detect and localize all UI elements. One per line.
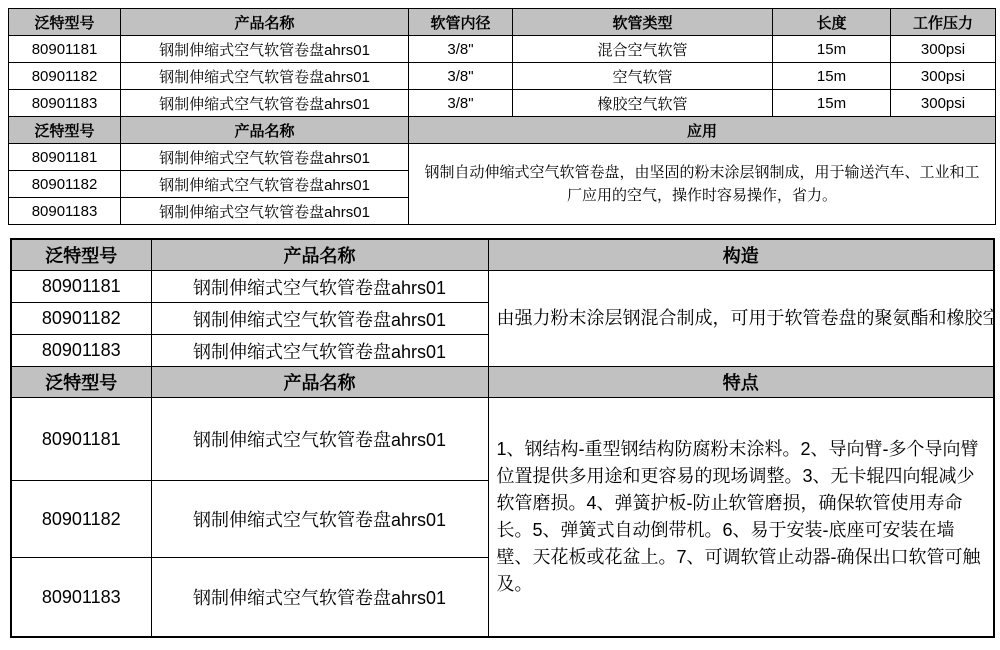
product-name-cell: 钢制伸缩式空气软管卷盘ahrs01 (151, 335, 488, 367)
model-cell: 80901182 (11, 481, 151, 558)
pressure-cell: 300psi (891, 36, 996, 63)
features-header-row: 泛特型号 产品名称 特点 (11, 367, 994, 398)
header-application: 应用 (409, 117, 996, 144)
length-cell: 15m (773, 63, 891, 90)
model-cell: 80901181 (11, 271, 151, 303)
application-row: 80901181 钢制伸缩式空气软管卷盘ahrs01 钢制自动伸缩式空气软管卷盘… (9, 144, 996, 171)
product-name-cell: 钢制伸缩式空气软管卷盘ahrs01 (121, 90, 409, 117)
hose-diameter-cell: 3/8" (409, 90, 513, 117)
header-working-pressure: 工作压力 (891, 9, 996, 36)
features-row: 80901181 钢制伸缩式空气软管卷盘ahrs01 1、钢结构-重型钢结构防腐… (11, 398, 994, 481)
model-cell: 80901182 (9, 171, 121, 198)
header-product-name: 产品名称 (121, 9, 409, 36)
header-model: 泛特型号 (9, 117, 121, 144)
header-product-name: 产品名称 (151, 239, 488, 271)
product-name-cell: 钢制伸缩式空气软管卷盘ahrs01 (121, 144, 409, 171)
spec-row: 80901183 钢制伸缩式空气软管卷盘ahrs01 3/8" 橡胶空气软管 1… (9, 90, 996, 117)
hose-diameter-cell: 3/8" (409, 36, 513, 63)
spec-header-row: 泛特型号 产品名称 软管内径 软管类型 长度 工作压力 (9, 9, 996, 36)
model-cell: 80901183 (9, 198, 121, 225)
spec-table: 泛特型号 产品名称 软管内径 软管类型 长度 工作压力 80901181 钢制伸… (8, 8, 996, 225)
pressure-cell: 300psi (891, 63, 996, 90)
pressure-cell: 300psi (891, 90, 996, 117)
model-cell: 80901183 (11, 558, 151, 638)
model-cell: 80901182 (9, 63, 121, 90)
header-model: 泛特型号 (11, 239, 151, 271)
construction-row: 80901181 钢制伸缩式空气软管卷盘ahrs01 由强力粉末涂层钢混合制成，… (11, 271, 994, 303)
model-cell: 80901183 (11, 335, 151, 367)
header-model: 泛特型号 (11, 367, 151, 398)
model-cell: 80901182 (11, 303, 151, 335)
length-cell: 15m (773, 90, 891, 117)
hose-type-cell: 混合空气软管 (513, 36, 773, 63)
product-name-cell: 钢制伸缩式空气软管卷盘ahrs01 (121, 63, 409, 90)
hose-type-cell: 橡胶空气软管 (513, 90, 773, 117)
model-cell: 80901181 (11, 398, 151, 481)
header-hose-type: 软管类型 (513, 9, 773, 36)
product-name-cell: 钢制伸缩式空气软管卷盘ahrs01 (121, 171, 409, 198)
product-name-cell: 钢制伸缩式空气软管卷盘ahrs01 (151, 271, 488, 303)
features-text: 1、钢结构-重型钢结构防腐粉末涂料。2、导向臂-多个导向臂位置提供多用途和更容易… (488, 398, 994, 638)
header-hose-diameter: 软管内径 (409, 9, 513, 36)
hose-type-cell: 空气软管 (513, 63, 773, 90)
model-cell: 80901181 (9, 36, 121, 63)
header-length: 长度 (773, 9, 891, 36)
product-name-cell: 钢制伸缩式空气软管卷盘ahrs01 (121, 36, 409, 63)
product-name-cell: 钢制伸缩式空气软管卷盘ahrs01 (151, 558, 488, 638)
product-name-cell: 钢制伸缩式空气软管卷盘ahrs01 (151, 481, 488, 558)
model-cell: 80901181 (9, 144, 121, 171)
product-name-cell: 钢制伸缩式空气软管卷盘ahrs01 (151, 398, 488, 481)
header-construction: 构造 (488, 239, 994, 271)
spec-row: 80901182 钢制伸缩式空气软管卷盘ahrs01 3/8" 空气软管 15m… (9, 63, 996, 90)
construction-header-row: 泛特型号 产品名称 构造 (11, 239, 994, 271)
model-cell: 80901183 (9, 90, 121, 117)
length-cell: 15m (773, 36, 891, 63)
header-product-name: 产品名称 (151, 367, 488, 398)
header-model: 泛特型号 (9, 9, 121, 36)
application-text: 钢制自动伸缩式空气软管卷盘，由坚固的粉末涂层钢制成，用于输送汽车、工业和工厂应用… (409, 144, 996, 225)
product-name-cell: 钢制伸缩式空气软管卷盘ahrs01 (151, 303, 488, 335)
construction-text: 由强力粉末涂层钢混合制成，可用于软管卷盘的聚氨酯和橡胶空气软管。 (488, 271, 994, 367)
product-spec-page: 泛特型号 产品名称 软管内径 软管类型 长度 工作压力 80901181 钢制伸… (0, 0, 1000, 650)
hose-diameter-cell: 3/8" (409, 63, 513, 90)
header-product-name: 产品名称 (121, 117, 409, 144)
application-header-row: 泛特型号 产品名称 应用 (9, 117, 996, 144)
detail-table: 泛特型号 产品名称 构造 80901181 钢制伸缩式空气软管卷盘ahrs01 … (10, 238, 995, 638)
header-features: 特点 (488, 367, 994, 398)
spec-row: 80901181 钢制伸缩式空气软管卷盘ahrs01 3/8" 混合空气软管 1… (9, 36, 996, 63)
product-name-cell: 钢制伸缩式空气软管卷盘ahrs01 (121, 198, 409, 225)
